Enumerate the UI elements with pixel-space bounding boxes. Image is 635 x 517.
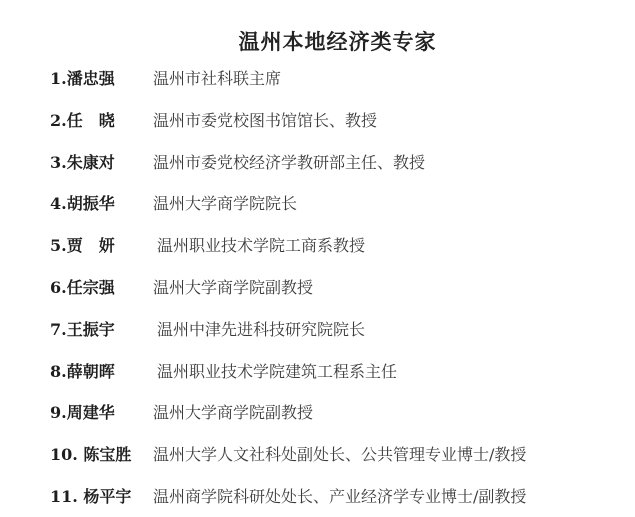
expert-description: 温州大学商学院副教授 xyxy=(153,401,313,425)
expert-name: 11. 杨平宇 xyxy=(50,485,131,509)
expert-name: 6.任宗强 xyxy=(50,276,115,300)
expert-name: 4.胡振华 xyxy=(50,192,115,216)
expert-name: 10. 陈宝胜 xyxy=(50,443,131,467)
expert-name: 3.朱康对 xyxy=(50,151,115,175)
expert-description: 温州大学商学院副教授 xyxy=(153,276,313,300)
expert-description: 温州职业技术学院建筑工程系主任 xyxy=(157,360,397,384)
expert-description: 温州市委党校图书馆馆长、教授 xyxy=(153,109,377,133)
expert-description: 温州大学商学院院长 xyxy=(153,192,297,216)
expert-description: 温州市委党校经济学教研部主任、教授 xyxy=(153,151,425,175)
expert-description: 温州中津先进科技研究院院长 xyxy=(157,318,365,342)
expert-name: 8.薛朝晖 xyxy=(50,360,115,384)
expert-name: 7.王振宇 xyxy=(50,318,115,342)
expert-name: 2.任 晓 xyxy=(50,109,115,133)
expert-name: 9.周建华 xyxy=(50,401,115,425)
expert-description: 温州商学院科研处处长、产业经济学专业博士/副教授 xyxy=(153,485,526,509)
expert-name: 1.潘忠强 xyxy=(50,67,115,91)
expert-description: 温州职业技术学院工商系教授 xyxy=(157,234,365,258)
document-title: 温州本地经济类专家 xyxy=(0,26,635,56)
expert-description: 温州大学人文社科处副处长、公共管理专业博士/教授 xyxy=(153,443,526,467)
expert-name: 5.贾 妍 xyxy=(50,234,115,258)
expert-description: 温州市社科联主席 xyxy=(153,67,281,91)
